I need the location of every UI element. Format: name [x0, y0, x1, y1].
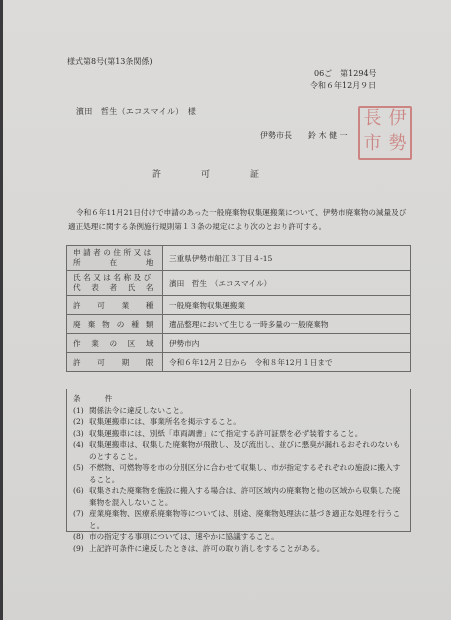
condition-text: 産業廃棄物、医療系廃棄物等については、別途、廃棄物処理法に基づき適正な処理を行う… [89, 508, 404, 531]
label-char: 業 [91, 338, 101, 349]
row-label: 申請者の住所又は 所 在 地 [67, 246, 163, 271]
official-seal-stamp: 長 伊 市 勢 [358, 106, 412, 160]
condition-number: (1) [73, 405, 89, 417]
permit-period-value: 令和６年12月２日から 令和８年12月１日まで [163, 353, 411, 372]
label-char: 地 [146, 258, 156, 268]
condition-item: (9) 上記許可条件に違反したときは、許可の取り消しをすることがある。 [73, 543, 404, 555]
row-label: 廃 棄 物 の 種 類 [67, 315, 163, 334]
row-label: 許 可 期 限 [67, 353, 163, 372]
issue-date: 令和６年12月９日 [310, 81, 376, 91]
document-title: 許可証 [0, 170, 451, 180]
condition-item: (6) 収集された廃棄物を施設に搬入する場合は、許可区域内の廃棄物と他の区域から… [73, 485, 404, 508]
condition-item: (7) 産業廃棄物、医療系廃棄物等については、別途、廃棄物処理法に基づき適正な処… [73, 508, 404, 531]
label-char: 許 [73, 357, 83, 368]
document-number: 06ご 第1294号 [314, 69, 377, 79]
label-char: 代 [73, 283, 83, 293]
seal-char: 市 [360, 133, 385, 158]
table-row: 許 可 期 限 令和６年12月２日から 令和８年12月１日まで [67, 353, 411, 372]
label-char: 限 [146, 357, 156, 368]
label-char: の [109, 338, 119, 349]
label-line: 所 在 地 [73, 258, 156, 268]
label-char: 廃 [73, 319, 83, 330]
waste-type-value: 遺品整理において生じる一時多量の一般廃棄物 [163, 315, 411, 334]
label-char: 種 [131, 319, 141, 330]
addressee: 濱田 哲生（エコスマイル） 様 [76, 107, 196, 117]
table-row: 許 可 業 種 一般廃棄物収集運搬業 [67, 296, 411, 315]
condition-text: 不燃物、可燃物等を市の分別区分に合わせて収集し、市が指定するそれぞれの施設に搬入… [89, 462, 404, 485]
conditions-title: 条件 [73, 393, 404, 405]
row-label: 作 業 の 区 域 [67, 334, 163, 353]
applicant-name-value: 濱田 哲生 （エコスマイル） [163, 271, 411, 296]
label-char: 者 [109, 283, 119, 293]
condition-number: (6) [73, 485, 89, 508]
condition-number: (8) [73, 531, 89, 543]
condition-text: 市の指定する事項については、速やかに協議すること。 [89, 531, 404, 543]
applicant-address-value: 三重県伊勢市船江３丁目４-15 [163, 246, 411, 271]
condition-item: (2) 収集運搬車には、事業所名を掲示すること。 [73, 416, 404, 428]
label-char: 区 [128, 338, 138, 349]
permit-body-text: 令和６年11月21日付けで申請のあった一般廃棄物収集運搬業について、伊勢市廃棄物… [68, 206, 413, 234]
conditions-box: 条件 (1) 関係法令に違反しないこと。 (2) 収集運搬車には、事業所名を掲示… [66, 389, 411, 532]
row-label: 許 可 業 種 [67, 296, 163, 315]
label-char: 種 [146, 300, 156, 311]
label-line: 申請者の住所又は [73, 248, 156, 258]
condition-item: (5) 不燃物、可燃物等を市の分別区分に合わせて収集し、市が指定するそれぞれの施… [73, 462, 404, 485]
condition-item: (4) 収集運搬車は、収集した廃棄物が飛散し、及び流出し、並びに悪臭が漏れるおそ… [73, 439, 404, 462]
condition-number: (2) [73, 416, 89, 428]
seal-char: 勢 [385, 133, 410, 158]
business-type-value: 一般廃棄物収集運搬業 [163, 296, 411, 315]
condition-text: 収集運搬車は、収集した廃棄物が飛散し、及び流出し、並びに悪臭が漏れるおそれのない… [89, 439, 404, 462]
condition-number: (3) [73, 428, 89, 440]
label-char: 所 [73, 258, 83, 268]
condition-item: (8) 市の指定する事項については、速やかに協議すること。 [73, 531, 404, 543]
table-row: 氏名又は名称及び 代 表 者 氏 名 濱田 哲生 （エコスマイル） [67, 271, 411, 296]
label-char: 作 [73, 338, 83, 349]
row-label: 氏名又は名称及び 代 表 者 氏 名 [67, 271, 163, 296]
label-char: 期 [122, 357, 132, 368]
condition-item: (1) 関係法令に違反しないこと。 [73, 405, 404, 417]
condition-number: (9) [73, 543, 89, 555]
seal-char: 伊 [385, 108, 410, 133]
condition-item: (3) 収集運搬車には、別紙「車両調書」にて指定する許可証票を必ず装着すること。 [73, 428, 404, 440]
label-line: 代 表 者 氏 名 [73, 283, 156, 293]
condition-number: (4) [73, 439, 89, 462]
label-char: 氏 [128, 283, 138, 293]
label-char: 可 [97, 300, 107, 311]
condition-number: (7) [73, 508, 89, 531]
label-char: 業 [122, 300, 132, 311]
label-char: 域 [146, 338, 156, 349]
permit-details-table: 申請者の住所又は 所 在 地 三重県伊勢市船江３丁目４-15 氏名又は名称及び … [66, 245, 411, 372]
label-char: 名 [146, 283, 156, 293]
condition-text: 収集された廃棄物を施設に搬入する場合は、許可区域内の廃棄物と他の区域から収集した… [89, 485, 404, 508]
label-char: 許 [73, 300, 83, 311]
table-row: 廃 棄 物 の 種 類 遺品整理において生じる一時多量の一般廃棄物 [67, 315, 411, 334]
condition-text: 収集運搬車には、別紙「車両調書」にて指定する許可証票を必ず装着すること。 [89, 428, 404, 440]
condition-text: 関係法令に違反しないこと。 [89, 405, 404, 417]
form-number: 様式第8号(第13条関係) [67, 57, 153, 67]
condition-text: 上記許可条件に違反したときは、許可の取り消しをすることがある。 [89, 543, 404, 555]
label-line: 氏名又は名称及び [73, 273, 156, 283]
condition-text: 収集運搬車には、事業所名を掲示すること。 [89, 416, 404, 428]
table-row: 申請者の住所又は 所 在 地 三重県伊勢市船江３丁目４-15 [67, 246, 411, 271]
condition-number: (5) [73, 462, 89, 485]
work-area-value: 伊勢市内 [163, 334, 411, 353]
seal-char: 長 [360, 108, 385, 133]
label-char: 物 [102, 319, 112, 330]
label-char: 表 [91, 283, 101, 293]
label-char: の [117, 319, 127, 330]
table-row: 作 業 の 区 域 伊勢市内 [67, 334, 411, 353]
label-char: 類 [146, 319, 156, 330]
label-char: 在 [109, 258, 119, 268]
label-char: 棄 [88, 319, 98, 330]
issuer-name: 伊勢市長 鈴 木 健 一 [260, 131, 348, 141]
label-char: 可 [97, 357, 107, 368]
